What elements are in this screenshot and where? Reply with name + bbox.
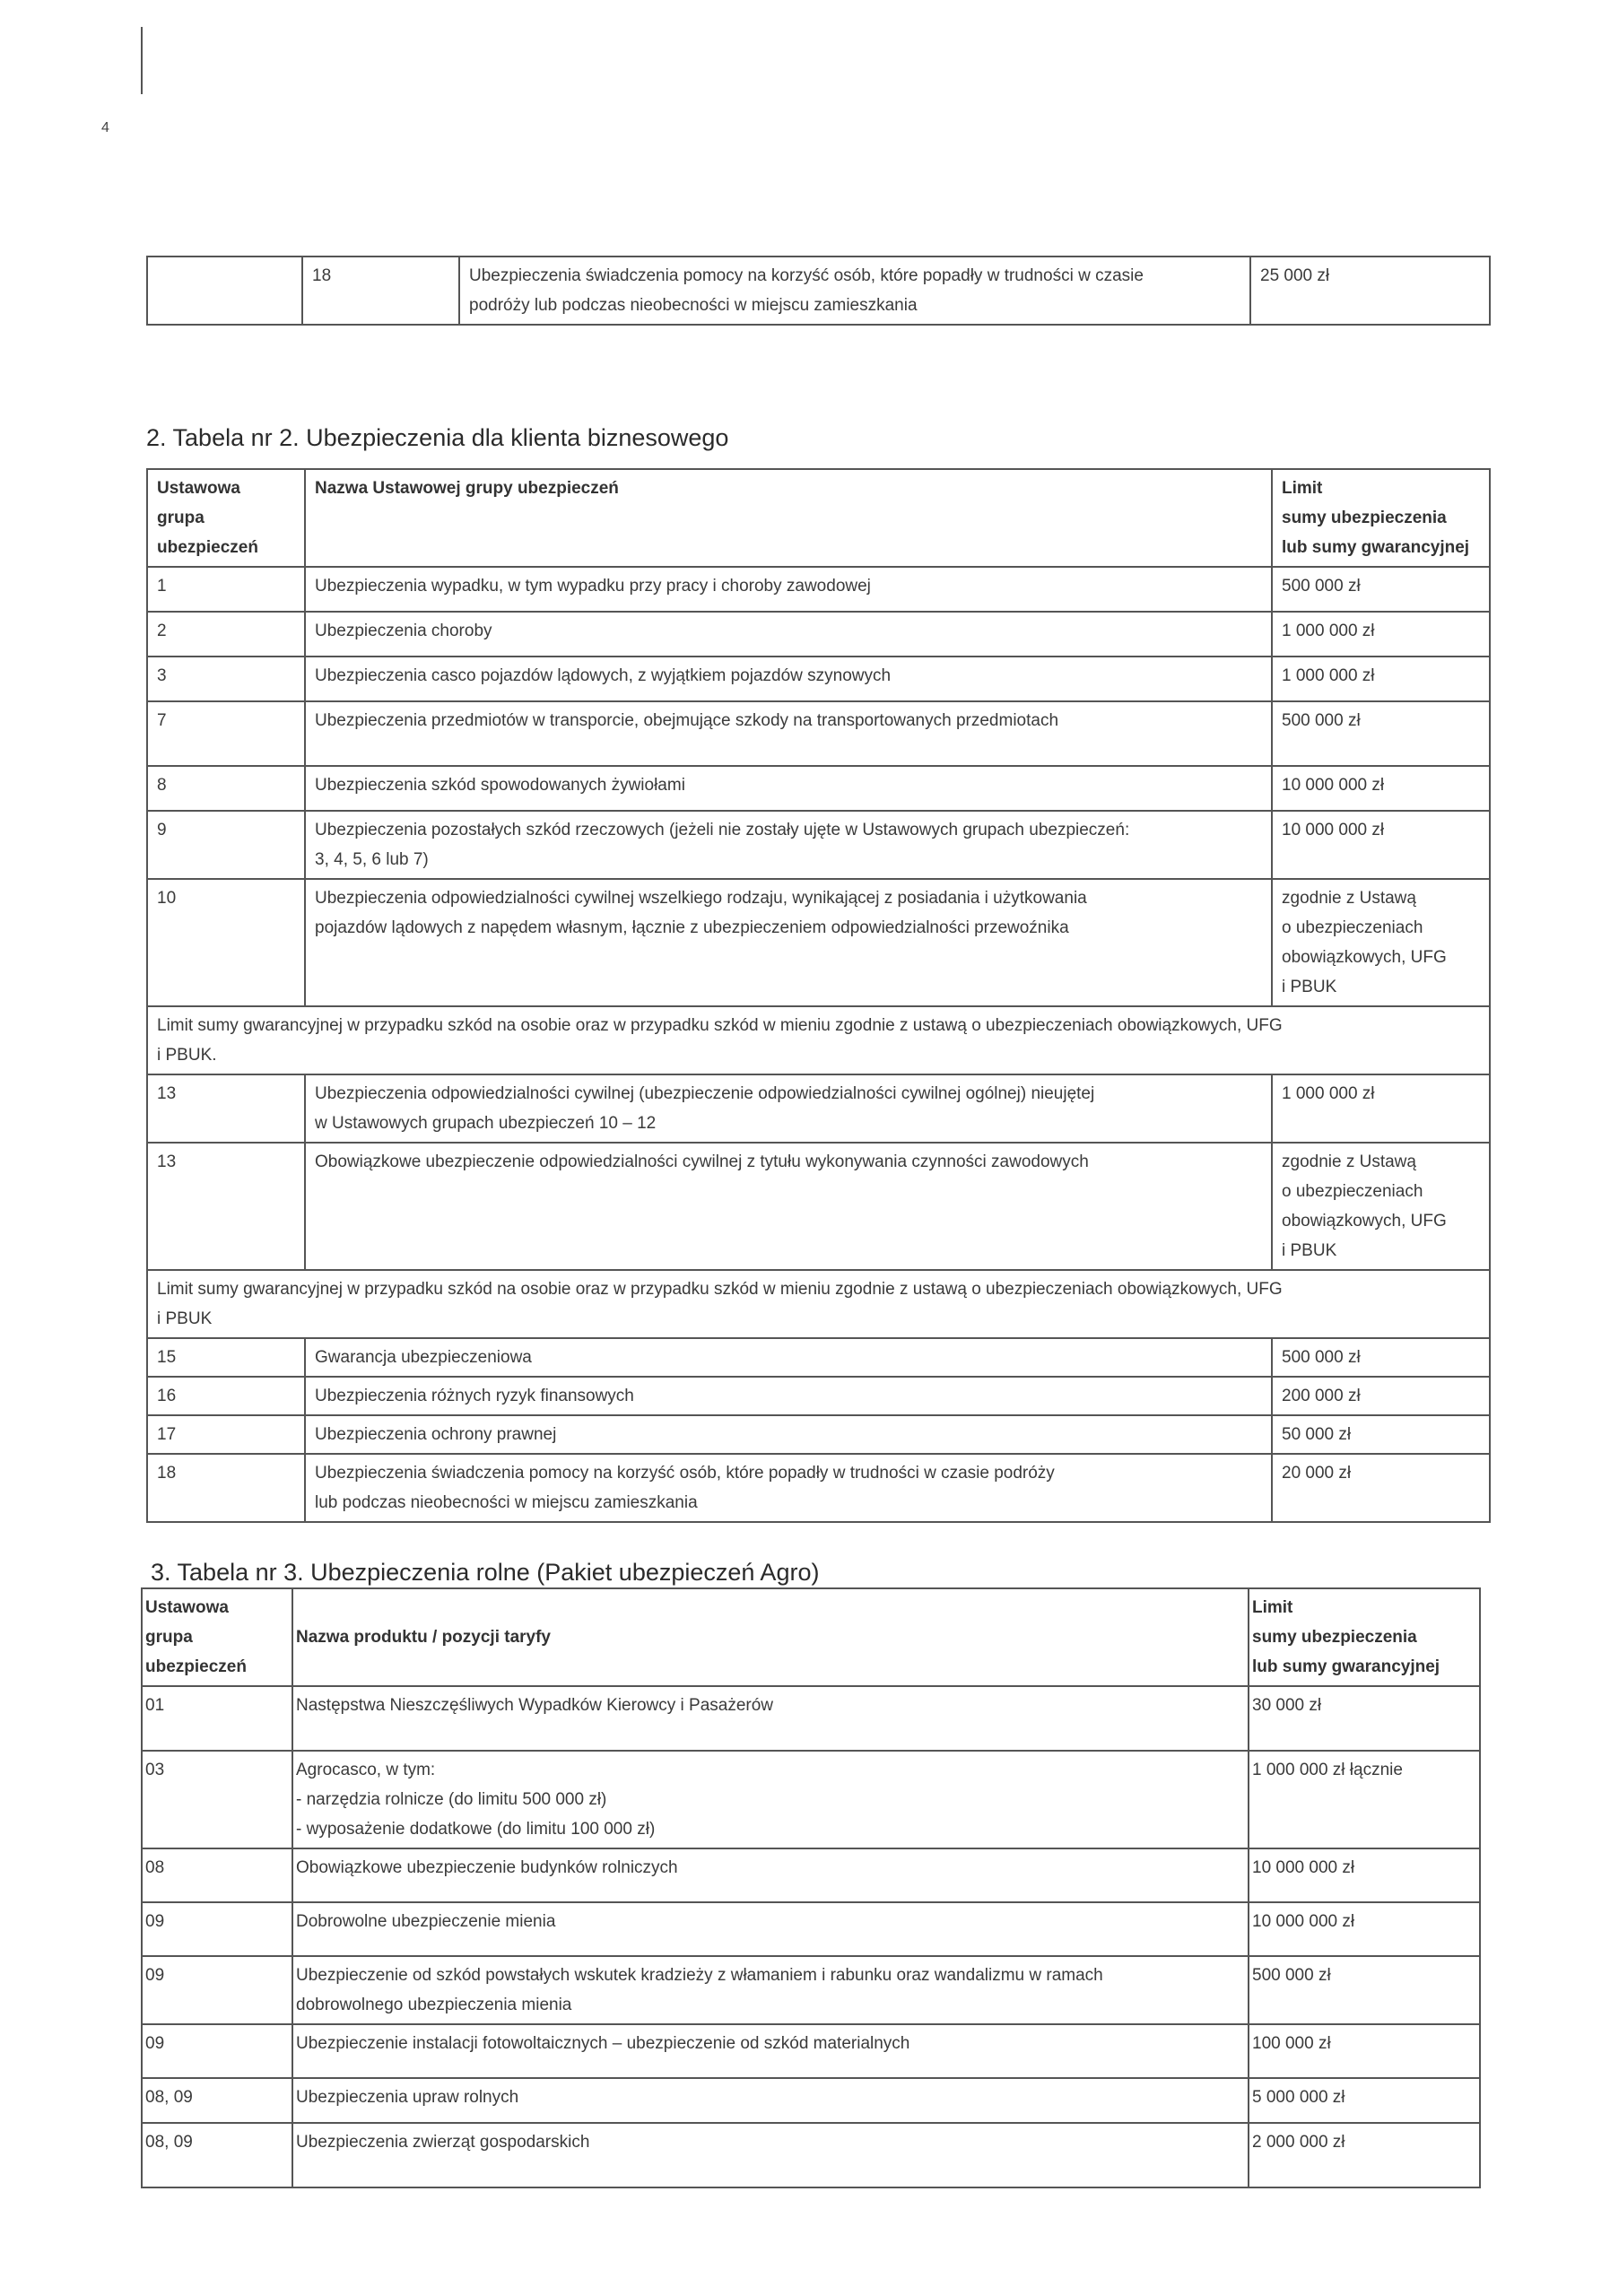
name-cell: Następstwa Nieszczęśliwych Wypadków Kier… <box>292 1686 1249 1751</box>
limit-cell: 20 000 zł <box>1272 1454 1490 1522</box>
limit-cell: 500 000 zł <box>1272 701 1490 766</box>
table-row: 9Ubezpieczenia pozostałych szkód rzeczow… <box>147 811 1490 879</box>
name-cell: Obowiązkowe ubezpieczenie budynków rolni… <box>292 1848 1249 1902</box>
limit-cell: 5 000 000 zł <box>1249 2078 1480 2123</box>
limit-cell: zgodnie z Ustawą o ubezpieczeniach obowi… <box>1272 1143 1490 1270</box>
name-cell: Ubezpieczenia zwierząt gospodarskich <box>292 2123 1249 2187</box>
group-cell: 17 <box>147 1415 305 1454</box>
table-row: 15Gwarancja ubezpieczeniowa500 000 zł <box>147 1338 1490 1377</box>
table-3: Ustawowa grupa ubezpieczeń Nazwa produkt… <box>141 1587 1481 2188</box>
name-cell: Ubezpieczenia szkód spowodowanych żywioł… <box>305 766 1272 811</box>
name-cell: Ubezpieczenia choroby <box>305 612 1272 657</box>
table-row: 1Ubezpieczenia wypadku, w tym wypadku pr… <box>147 567 1490 612</box>
name-cell: Ubezpieczenia świadczenia pomocy na korz… <box>305 1454 1272 1522</box>
group-cell: 08, 09 <box>142 2078 292 2123</box>
header-limit: Limit sumy ubezpieczenia lub sumy gwaran… <box>1249 1588 1480 1686</box>
table-row: 10Ubezpieczenia odpowiedzialności cywiln… <box>147 879 1490 1006</box>
name-cell: Ubezpieczenia ochrony prawnej <box>305 1415 1272 1454</box>
group-cell: 16 <box>147 1377 305 1415</box>
limit-cell: 10 000 000 zł <box>1249 1848 1480 1902</box>
limit-cell: 500 000 zł <box>1272 1338 1490 1377</box>
group-cell: 08 <box>142 1848 292 1902</box>
group-cell: 15 <box>147 1338 305 1377</box>
name-cell: Ubezpieczenia wypadku, w tym wypadku prz… <box>305 567 1272 612</box>
table-row: 8Ubezpieczenia szkód spowodowanych żywio… <box>147 766 1490 811</box>
table-row: 09Ubezpieczenie instalacji fotowoltaiczn… <box>142 2024 1480 2078</box>
limit-cell: 2 000 000 zł <box>1249 2123 1480 2187</box>
table-row: 7Ubezpieczenia przedmiotów w transporcie… <box>147 701 1490 766</box>
table-row: 17Ubezpieczenia ochrony prawnej50 000 zł <box>147 1415 1490 1454</box>
group-cell: 8 <box>147 766 305 811</box>
name-cell: Ubezpieczenia odpowiedzialności cywilnej… <box>305 1074 1272 1143</box>
limit-cell: 500 000 zł <box>1272 567 1490 612</box>
limit-cell: 10 000 000 zł <box>1249 1902 1480 1956</box>
note-cell: Limit sumy gwarancyjnej w przypadku szkó… <box>147 1270 1490 1338</box>
limit-cell: 200 000 zł <box>1272 1377 1490 1415</box>
note-cell: Limit sumy gwarancyjnej w przypadku szkó… <box>147 1006 1490 1074</box>
group-cell: 10 <box>147 879 305 1006</box>
group-cell: 09 <box>142 2024 292 2078</box>
table-2-title: 2. Tabela nr 2. Ubezpieczenia dla klient… <box>146 424 728 452</box>
table-row: 13Ubezpieczenia odpowiedzialności cywiln… <box>147 1074 1490 1143</box>
limit-cell: 50 000 zł <box>1272 1415 1490 1454</box>
limit-cell: 1 000 000 zł <box>1272 612 1490 657</box>
limit-cell: zgodnie z Ustawą o ubezpieczeniach obowi… <box>1272 879 1490 1006</box>
name-cell: Ubezpieczenia przedmiotów w transporcie,… <box>305 701 1272 766</box>
table-1-continuation: 18 Ubezpieczenia świadczenia pomocy na k… <box>146 256 1491 326</box>
group-cell: 01 <box>142 1686 292 1751</box>
table-header-row: Ustawowa grupa ubezpieczeń Nazwa Ustawow… <box>147 469 1490 567</box>
table-row: 03Agrocasco, w tym: - narzędzia rolnicze… <box>142 1751 1480 1848</box>
table-header-row: Ustawowa grupa ubezpieczeń Nazwa produkt… <box>142 1588 1480 1686</box>
name-cell: Ubezpieczenia odpowiedzialności cywilnej… <box>305 879 1272 1006</box>
table-row: 01Następstwa Nieszczęśliwych Wypadków Ki… <box>142 1686 1480 1751</box>
page-number: 4 <box>101 120 109 136</box>
name-cell: Ubezpieczenie instalacji fotowoltaicznyc… <box>292 2024 1249 2078</box>
table-2: Ustawowa grupa ubezpieczeń Nazwa Ustawow… <box>146 468 1491 1523</box>
group-cell: 3 <box>147 657 305 701</box>
limit-cell: 100 000 zł <box>1249 2024 1480 2078</box>
note-row: Limit sumy gwarancyjnej w przypadku szkó… <box>147 1006 1490 1074</box>
name-cell: Ubezpieczenia różnych ryzyk finansowych <box>305 1377 1272 1415</box>
group-cell: 1 <box>147 567 305 612</box>
table-row: 18 Ubezpieczenia świadczenia pomocy na k… <box>147 257 1490 325</box>
limit-cell: 10 000 000 zł <box>1272 811 1490 879</box>
table-row: 09Dobrowolne ubezpieczenie mienia10 000 … <box>142 1902 1480 1956</box>
table-row: 16Ubezpieczenia różnych ryzyk finansowyc… <box>147 1377 1490 1415</box>
header-limit: Limit sumy ubezpieczenia lub sumy gwaran… <box>1272 469 1490 567</box>
group-cell: 18 <box>302 257 459 325</box>
note-row: Limit sumy gwarancyjnej w przypadku szkó… <box>147 1270 1490 1338</box>
table-3-title: 3. Tabela nr 3. Ubezpieczenia rolne (Pak… <box>151 1559 819 1587</box>
limit-cell: 1 000 000 zł <box>1272 1074 1490 1143</box>
header-name: Nazwa Ustawowej grupy ubezpieczeń <box>305 469 1272 567</box>
limit-cell: 1 000 000 zł łącznie <box>1249 1751 1480 1848</box>
table-row: 09Ubezpieczenie od szkód powstałych wsku… <box>142 1956 1480 2024</box>
limit-cell: 30 000 zł <box>1249 1686 1480 1751</box>
name-cell: Dobrowolne ubezpieczenie mienia <box>292 1902 1249 1956</box>
group-cell: 13 <box>147 1074 305 1143</box>
margin-line <box>141 27 143 94</box>
blank-cell <box>147 257 302 325</box>
table-row: 13Obowiązkowe ubezpieczenie odpowiedzial… <box>147 1143 1490 1270</box>
limit-cell: 10 000 000 zł <box>1272 766 1490 811</box>
group-cell: 09 <box>142 1956 292 2024</box>
name-cell: Ubezpieczenia casco pojazdów lądowych, z… <box>305 657 1272 701</box>
limit-cell: 500 000 zł <box>1249 1956 1480 2024</box>
table-row: 08Obowiązkowe ubezpieczenie budynków rol… <box>142 1848 1480 1902</box>
group-cell: 18 <box>147 1454 305 1522</box>
header-group: Ustawowa grupa ubezpieczeń <box>147 469 305 567</box>
header-group: Ustawowa grupa ubezpieczeń <box>142 1588 292 1686</box>
limit-cell: 1 000 000 zł <box>1272 657 1490 701</box>
table-row: 08, 09Ubezpieczenia zwierząt gospodarski… <box>142 2123 1480 2187</box>
name-cell: Agrocasco, w tym: - narzędzia rolnicze (… <box>292 1751 1249 1848</box>
name-cell: Gwarancja ubezpieczeniowa <box>305 1338 1272 1377</box>
group-cell: 03 <box>142 1751 292 1848</box>
name-cell: Ubezpieczenia pozostałych szkód rzeczowy… <box>305 811 1272 879</box>
table-row: 2Ubezpieczenia choroby1 000 000 zł <box>147 612 1490 657</box>
table-row: 08, 09Ubezpieczenia upraw rolnych5 000 0… <box>142 2078 1480 2123</box>
group-cell: 2 <box>147 612 305 657</box>
header-name: Nazwa produktu / pozycji taryfy <box>292 1588 1249 1686</box>
group-cell: 08, 09 <box>142 2123 292 2187</box>
limit-cell: 25 000 zł <box>1250 257 1490 325</box>
group-cell: 9 <box>147 811 305 879</box>
table-row: 3Ubezpieczenia casco pojazdów lądowych, … <box>147 657 1490 701</box>
name-cell: Ubezpieczenia świadczenia pomocy na korz… <box>459 257 1250 325</box>
name-cell: Ubezpieczenia upraw rolnych <box>292 2078 1249 2123</box>
group-cell: 13 <box>147 1143 305 1270</box>
group-cell: 7 <box>147 701 305 766</box>
name-cell: Ubezpieczenie od szkód powstałych wskute… <box>292 1956 1249 2024</box>
group-cell: 09 <box>142 1902 292 1956</box>
table-row: 18Ubezpieczenia świadczenia pomocy na ko… <box>147 1454 1490 1522</box>
name-cell: Obowiązkowe ubezpieczenie odpowiedzialno… <box>305 1143 1272 1270</box>
